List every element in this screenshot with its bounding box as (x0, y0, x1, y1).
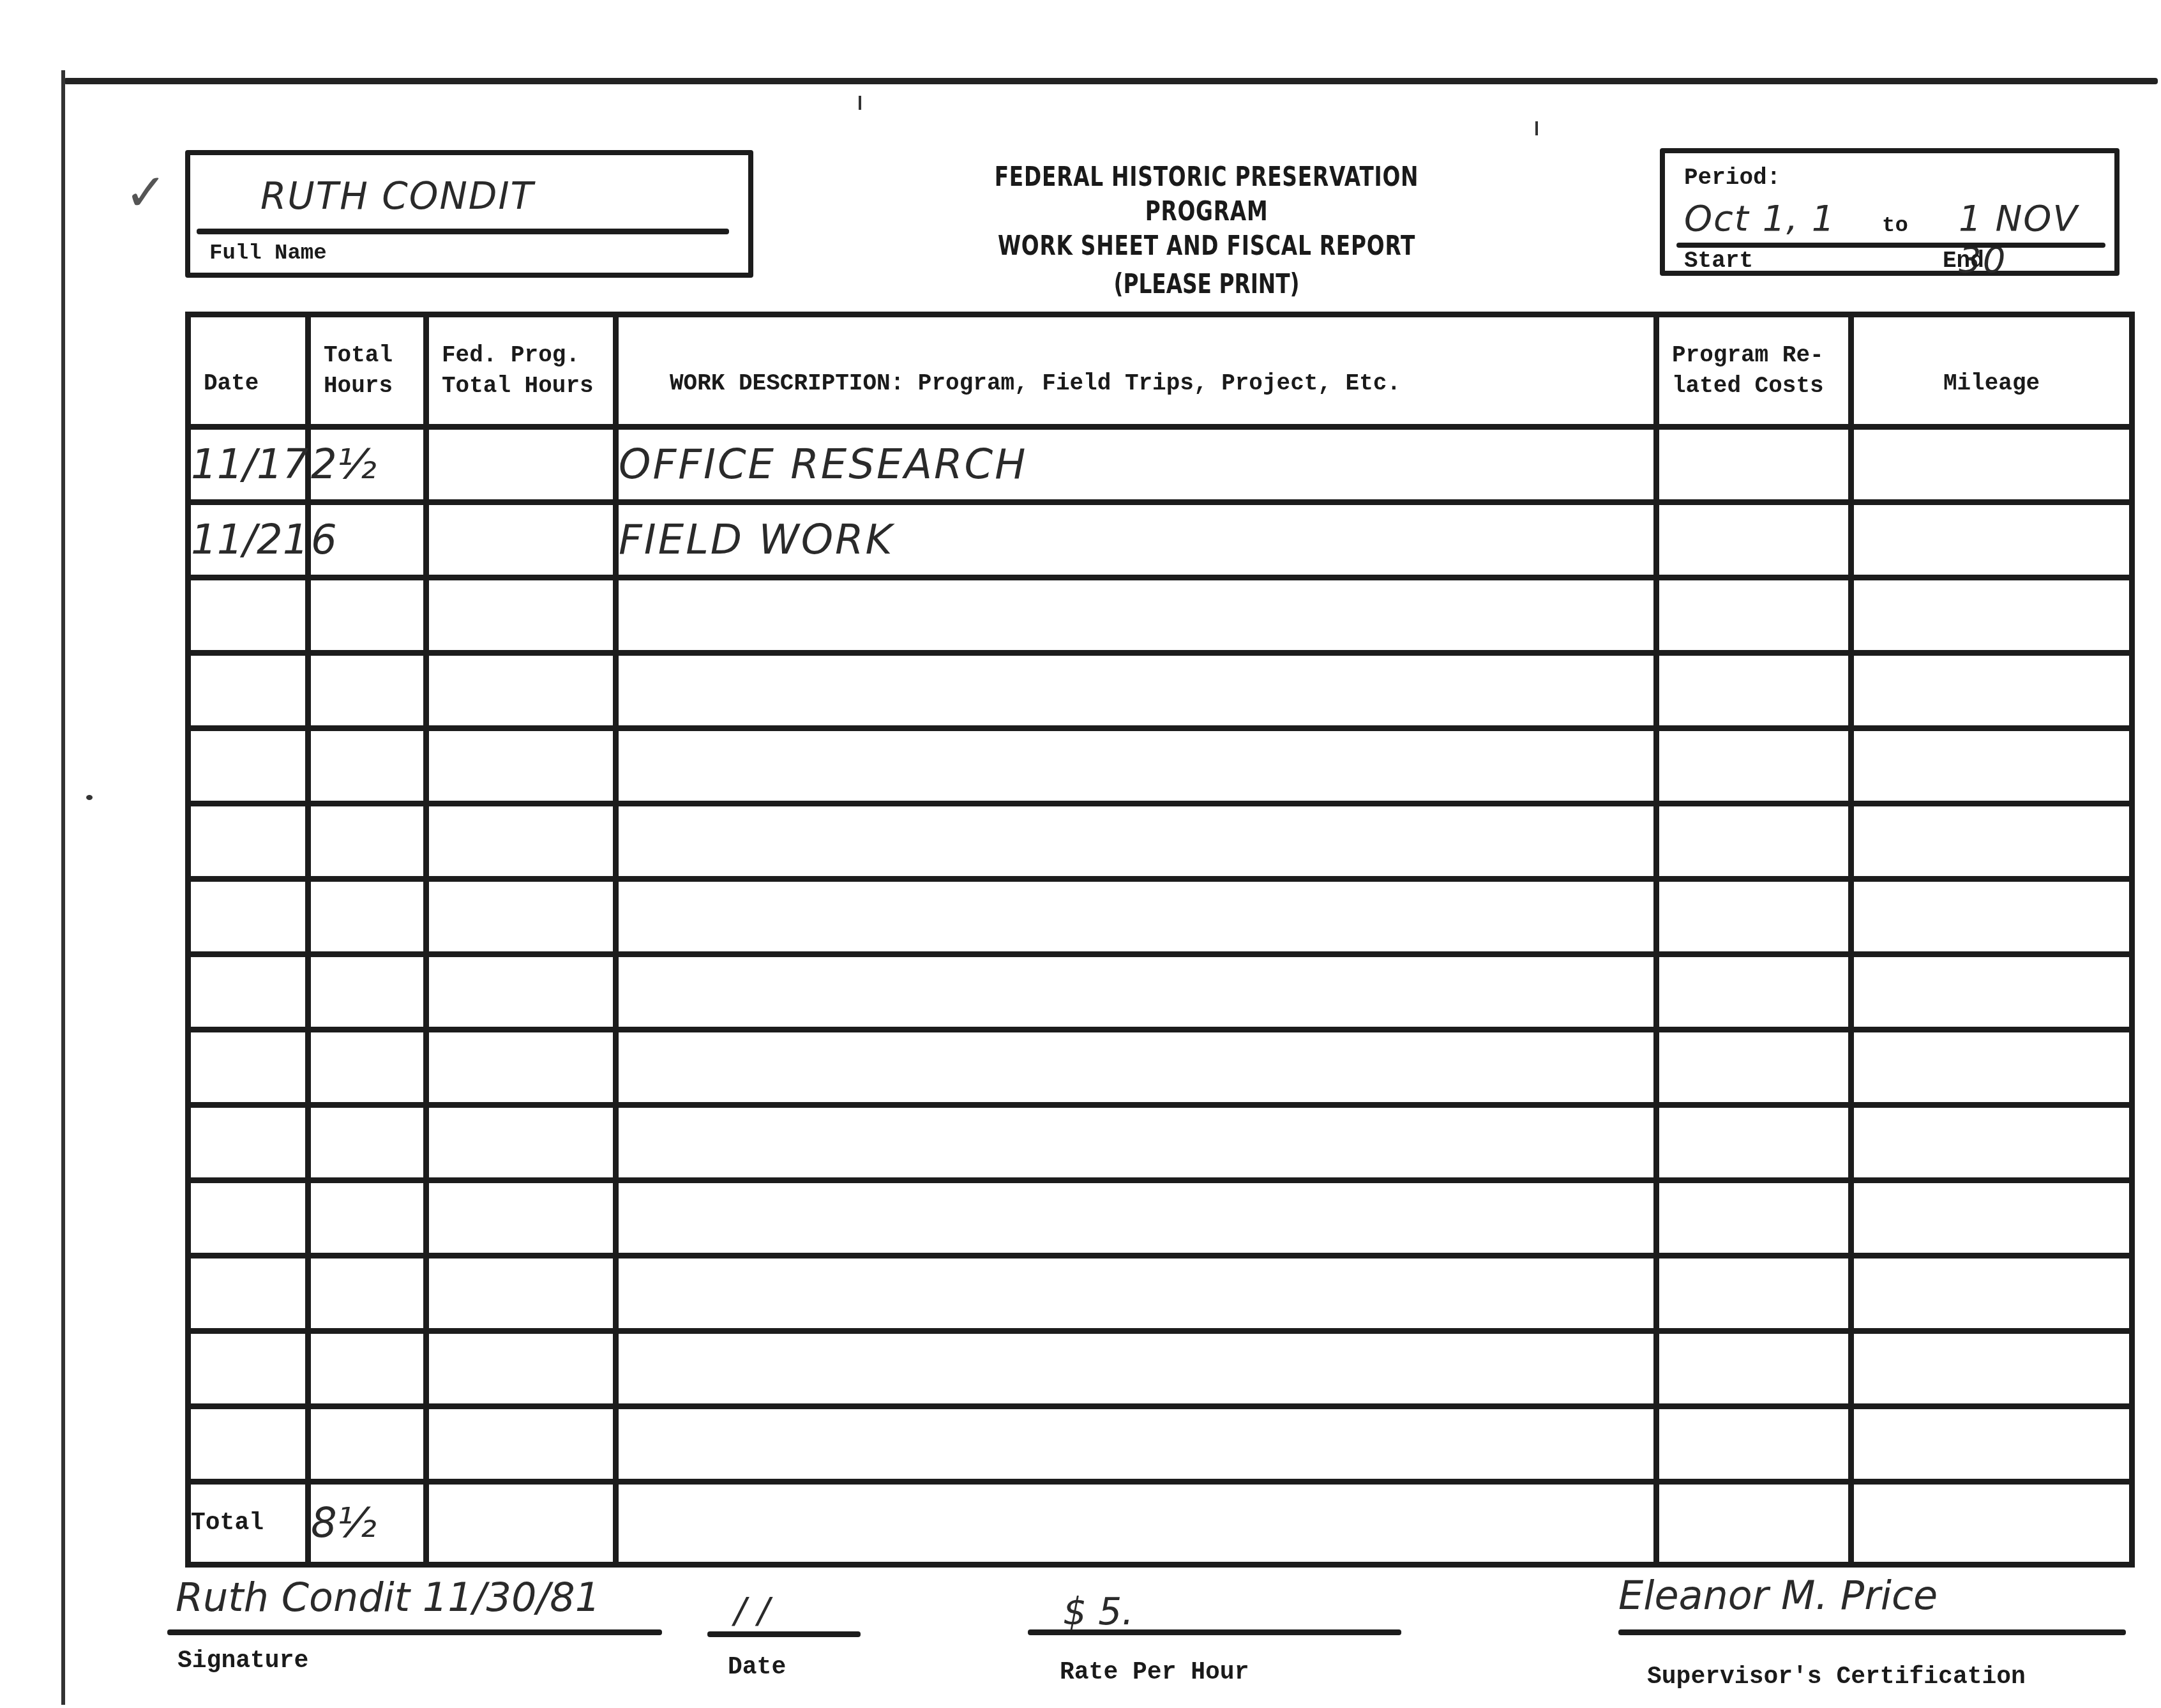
scan-speck (859, 96, 861, 110)
total-hours-cell[interactable] (308, 1256, 426, 1331)
period-box: Period: Oct 1, 1 to 1 NOV 30 Start End (1660, 148, 2120, 276)
work-description-cell[interactable] (616, 578, 1657, 653)
scan-speck (86, 795, 93, 800)
fed-prog-hours-cell[interactable] (426, 1105, 616, 1181)
date-cell[interactable] (188, 1105, 308, 1181)
header-program-costs-line-2: lated Costs (1672, 373, 1824, 399)
period-end-label: End (1943, 248, 1984, 274)
date-label: Date (728, 1654, 786, 1681)
mileage-cell[interactable] (1851, 1030, 2132, 1105)
work-description-cell[interactable]: OFFICE RESEARCH (616, 427, 1657, 503)
work-description-cell[interactable] (616, 1331, 1657, 1407)
program-costs-cell[interactable] (1657, 1181, 1851, 1256)
program-costs-cell[interactable] (1657, 578, 1851, 653)
date-cell[interactable] (188, 1181, 308, 1256)
date-cell[interactable]: 11/21 (188, 503, 308, 578)
work-description-cell[interactable] (616, 955, 1657, 1030)
work-description-cell[interactable] (616, 1105, 1657, 1181)
total-hours-cell[interactable] (308, 729, 426, 804)
program-costs-cell[interactable] (1657, 427, 1851, 503)
header-total-hours-line-1: Total (324, 342, 393, 368)
header-mileage-label: Mileage (1943, 370, 2040, 397)
total-hours-cell[interactable] (308, 1407, 426, 1482)
date-value[interactable]: / / (734, 1590, 770, 1631)
header-fed-prog-line-2: Total Hours (442, 373, 594, 399)
total-description[interactable] (616, 1482, 1657, 1565)
work-description-cell[interactable] (616, 804, 1657, 879)
table-row: 11/216FIELD WORK (188, 503, 2132, 578)
header-work-description: WORK DESCRIPTION: Program, Field Trips, … (616, 315, 1657, 427)
work-description-cell[interactable] (616, 1256, 1657, 1331)
total-mileage[interactable] (1851, 1482, 2132, 1565)
mileage-cell[interactable] (1851, 804, 2132, 879)
fed-prog-hours-cell[interactable] (426, 1030, 616, 1105)
program-costs-cell[interactable] (1657, 503, 1851, 578)
header-work-description-label: WORK DESCRIPTION: Program, Field Trips, … (670, 370, 1401, 397)
rate-per-hour-value[interactable]: $ 5. (1063, 1590, 1134, 1633)
form-title-line-1: FEDERAL HISTORIC PRESERVATION PROGRAM (933, 160, 1480, 229)
table-row (188, 1407, 2132, 1482)
date-cell[interactable] (188, 955, 308, 1030)
total-hours-cell[interactable] (308, 1030, 426, 1105)
work-description-cell[interactable] (616, 1407, 1657, 1482)
full-name-underline (197, 229, 729, 234)
mileage-cell[interactable] (1851, 729, 2132, 804)
table-row (188, 1331, 2132, 1407)
fed-prog-hours-cell[interactable] (426, 427, 616, 503)
header-date: Date (188, 315, 308, 427)
program-costs-cell[interactable] (1657, 879, 1851, 955)
date-cell[interactable] (188, 879, 308, 955)
program-costs-cell[interactable] (1657, 1331, 1851, 1407)
header-total-hours-line-2: Hours (324, 373, 393, 399)
supervisor-certification-label: Supervisor's Certification (1647, 1663, 2026, 1691)
fed-prog-hours-cell[interactable] (426, 955, 616, 1030)
total-hours-cell[interactable] (308, 955, 426, 1030)
table-row (188, 879, 2132, 955)
header-total-hours: Total Hours (308, 315, 426, 427)
page-border-top (64, 78, 2158, 84)
work-description-cell[interactable] (616, 653, 1657, 729)
fed-prog-hours-cell[interactable] (426, 729, 616, 804)
period-to-label: to (1882, 214, 1908, 238)
header-date-label: Date (204, 370, 259, 397)
page-border-left (61, 70, 65, 1705)
total-fed-prog-hours[interactable] (426, 1482, 616, 1565)
mileage-cell[interactable] (1851, 879, 2132, 955)
work-description-cell[interactable] (616, 729, 1657, 804)
table-row (188, 1256, 2132, 1331)
total-hours-cell[interactable] (308, 653, 426, 729)
table-row (188, 578, 2132, 653)
period-underline (1676, 243, 2105, 248)
total-hours-cell[interactable] (308, 1331, 426, 1407)
date-cell[interactable] (188, 1256, 308, 1331)
scan-speck (1535, 121, 1538, 135)
program-costs-cell[interactable] (1657, 653, 1851, 729)
signature-line (167, 1629, 662, 1635)
full-name-value[interactable]: RUTH CONDIT (260, 174, 534, 218)
fed-prog-hours-cell[interactable] (426, 1181, 616, 1256)
full-name-box: RUTH CONDIT Full Name (185, 150, 753, 278)
table-row: 11/172½OFFICE RESEARCH (188, 427, 2132, 503)
total-row: Total 8½ (188, 1482, 2132, 1565)
mileage-cell[interactable] (1851, 1256, 2132, 1331)
program-costs-cell[interactable] (1657, 955, 1851, 1030)
date-cell[interactable] (188, 804, 308, 879)
fed-prog-hours-cell[interactable] (426, 653, 616, 729)
mileage-cell[interactable] (1851, 1407, 2132, 1482)
program-costs-cell[interactable] (1657, 1407, 1851, 1482)
header-program-costs: Program Re- lated Costs (1657, 315, 1851, 427)
date-cell[interactable] (188, 1407, 308, 1482)
table-row (188, 1105, 2132, 1181)
form-title-line-2: WORK SHEET AND FISCAL REPORT (933, 229, 1480, 263)
work-description-cell[interactable] (616, 1181, 1657, 1256)
period-start-value[interactable]: Oct 1, 1 (1684, 198, 1835, 239)
fed-prog-hours-cell[interactable] (426, 804, 616, 879)
header-fed-prog-hours: Fed. Prog. Total Hours (426, 315, 616, 427)
table-row (188, 1181, 2132, 1256)
header-fed-prog-line-1: Fed. Prog. (442, 342, 580, 368)
table-row (188, 804, 2132, 879)
table-row (188, 653, 2132, 729)
table-header-row: Date Total Hours Fed. Prog. Total Hours … (188, 315, 2132, 427)
work-description-cell[interactable]: FIELD WORK (616, 503, 1657, 578)
total-label: Total (188, 1482, 308, 1565)
total-hours-cell[interactable] (308, 1181, 426, 1256)
date-line (707, 1631, 861, 1637)
work-description-cell[interactable] (616, 1030, 1657, 1105)
signature-value[interactable]: Ruth Condit 11/30/81 (176, 1574, 600, 1621)
total-hours-cell[interactable] (308, 804, 426, 879)
total-hours-cell[interactable] (308, 1105, 426, 1181)
rate-per-hour-label: Rate Per Hour (1060, 1659, 1249, 1686)
mileage-cell[interactable] (1851, 1331, 2132, 1407)
program-costs-cell[interactable] (1657, 804, 1851, 879)
fed-prog-hours-cell[interactable] (426, 1256, 616, 1331)
fed-prog-hours-cell[interactable] (426, 503, 616, 578)
fed-prog-hours-cell[interactable] (426, 1407, 616, 1482)
total-hours-sum[interactable]: 8½ (308, 1482, 426, 1565)
program-costs-cell[interactable] (1657, 1030, 1851, 1105)
date-cell[interactable] (188, 1030, 308, 1105)
period-label: Period: (1684, 165, 1781, 191)
supervisor-signature-line (1618, 1629, 2126, 1635)
supervisor-signature-value[interactable]: Eleanor M. Price (1618, 1572, 1938, 1619)
date-cell[interactable]: 11/17 (188, 427, 308, 503)
fed-prog-hours-cell[interactable] (426, 1331, 616, 1407)
mileage-cell[interactable] (1851, 1181, 2132, 1256)
total-program-costs[interactable] (1657, 1482, 1851, 1565)
mileage-cell[interactable] (1851, 653, 2132, 729)
date-cell[interactable] (188, 729, 308, 804)
mileage-cell[interactable] (1851, 427, 2132, 503)
table-row (188, 729, 2132, 804)
table-row (188, 955, 2132, 1030)
mileage-cell[interactable] (1851, 955, 2132, 1030)
full-name-label: Full Name (209, 241, 327, 266)
period-start-label: Start (1684, 248, 1753, 274)
total-hours-cell[interactable] (308, 879, 426, 955)
please-print-instruction: (PLEASE PRINT) (933, 268, 1480, 299)
form-title: FEDERAL HISTORIC PRESERVATION PROGRAM WO… (855, 160, 1558, 263)
mileage-cell[interactable] (1851, 578, 2132, 653)
mileage-cell[interactable] (1851, 1105, 2132, 1181)
header-mileage: Mileage (1851, 315, 2132, 427)
signature-label: Signature (177, 1647, 308, 1675)
fed-prog-hours-cell[interactable] (426, 578, 616, 653)
table-row (188, 1030, 2132, 1105)
program-costs-cell[interactable] (1657, 1256, 1851, 1331)
program-costs-cell[interactable] (1657, 1105, 1851, 1181)
fed-prog-hours-cell[interactable] (426, 879, 616, 955)
total-hours-cell[interactable]: 6 (308, 503, 426, 578)
mileage-cell[interactable] (1851, 503, 2132, 578)
work-description-cell[interactable] (616, 879, 1657, 955)
date-cell[interactable] (188, 1331, 308, 1407)
date-cell[interactable] (188, 653, 308, 729)
rate-per-hour-line (1028, 1629, 1401, 1635)
date-cell[interactable] (188, 578, 308, 653)
total-hours-cell[interactable] (308, 578, 426, 653)
total-hours-cell[interactable]: 2½ (308, 427, 426, 503)
header-program-costs-line-1: Program Re- (1672, 342, 1824, 368)
program-costs-cell[interactable] (1657, 729, 1851, 804)
check-mark-icon: ✓ (124, 163, 167, 222)
work-sheet-table: Date Total Hours Fed. Prog. Total Hours … (185, 312, 2135, 1568)
